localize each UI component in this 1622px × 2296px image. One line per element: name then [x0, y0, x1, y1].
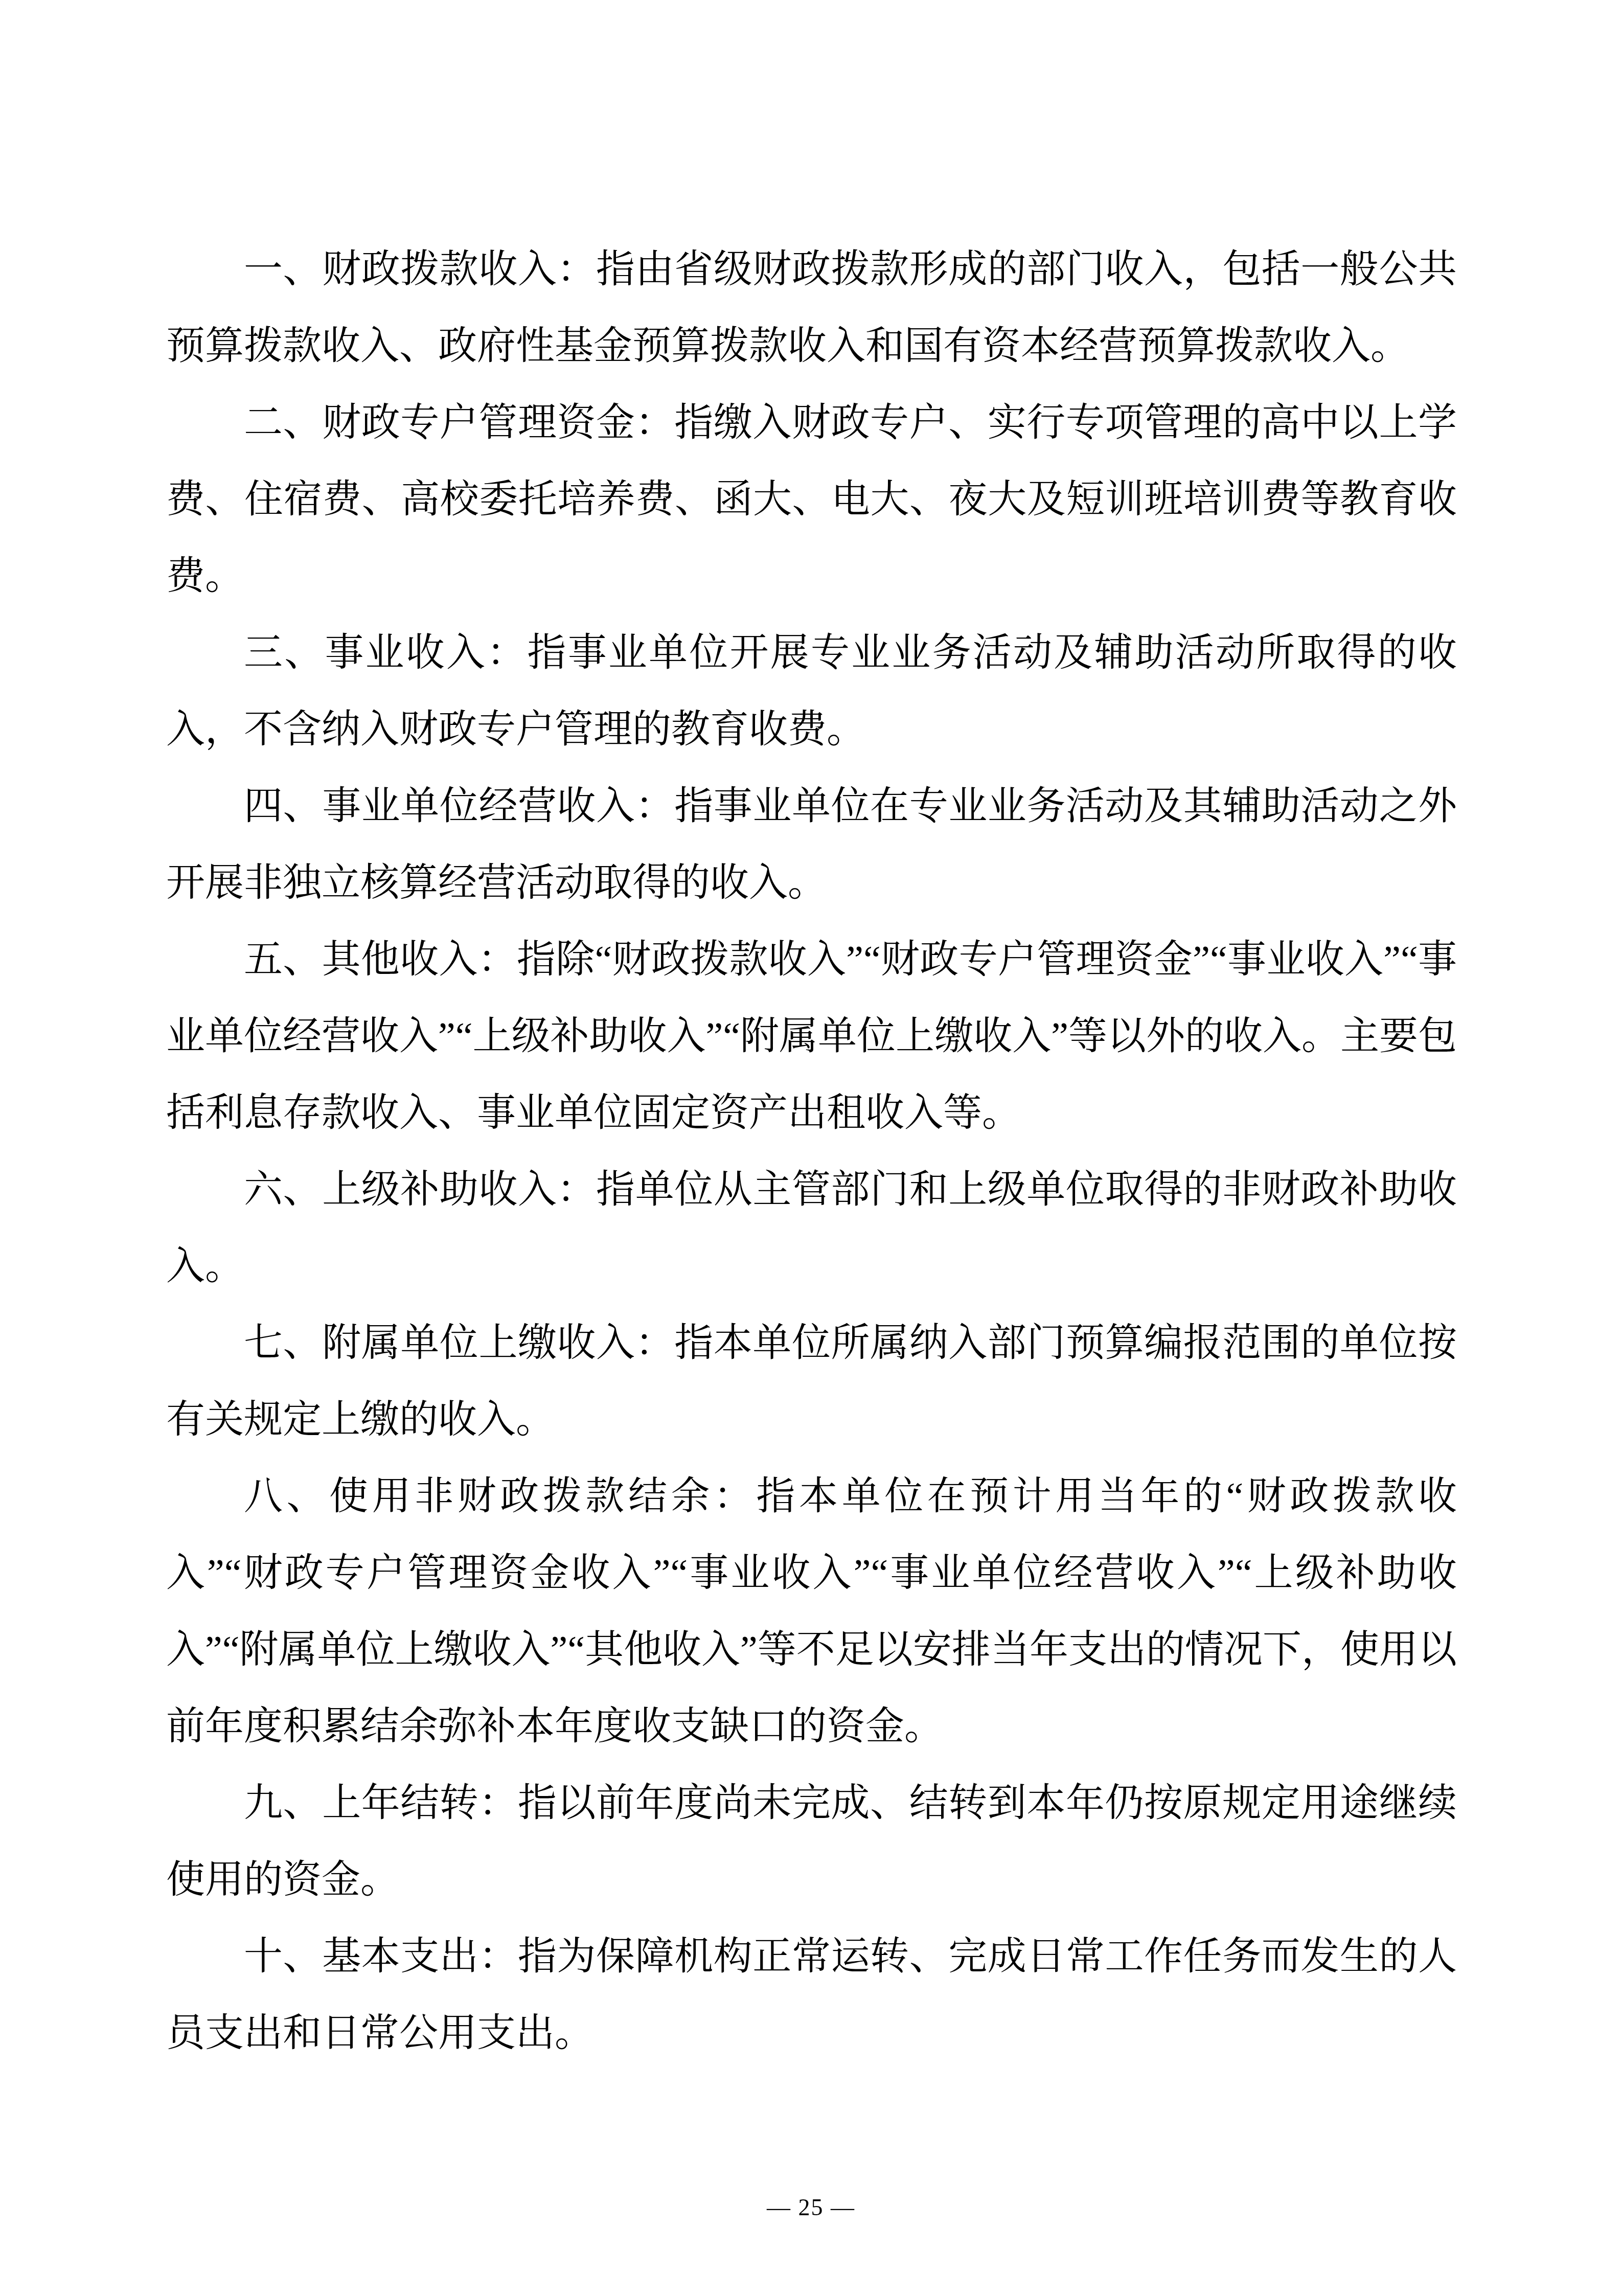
paragraph-8: 八、使用非财政拨款结余：指本单位在预计用当年的“财政拨款收入”“财政专户管理资金… — [166, 1458, 1457, 1765]
paragraph-5: 五、其他收入：指除“财政拨款收入”“财政专户管理资金”“事业收入”“事业单位经营… — [166, 921, 1457, 1151]
paragraph-3: 三、事业收入：指事业单位开展专业业务活动及辅助活动所取得的收入，不含纳入财政专户… — [166, 615, 1457, 768]
paragraph-2: 二、财政专户管理资金：指缴入财政专户、实行专项管理的高中以上学费、住宿费、高校委… — [166, 384, 1457, 615]
paragraph-10: 十、基本支出：指为保障机构正常运转、完成日常工作任务而发生的人员支出和日常公用支… — [166, 1918, 1457, 2072]
document-body: 一、财政拨款收入：指由省级财政拨款形成的部门收入，包括一般公共预算拨款收入、政府… — [166, 231, 1457, 2072]
document-page: 一、财政拨款收入：指由省级财政拨款形成的部门收入，包括一般公共预算拨款收入、政府… — [0, 0, 1622, 2296]
page-number: — 25 — — [0, 2192, 1622, 2223]
paragraph-4: 四、事业单位经营收入：指事业单位在专业业务活动及其辅助活动之外开展非独立核算经营… — [166, 768, 1457, 921]
paragraph-9: 九、上年结转：指以前年度尚未完成、结转到本年仍按原规定用途继续使用的资金。 — [166, 1765, 1457, 1918]
paragraph-7: 七、附属单位上缴收入：指本单位所属纳入部门预算编报范围的单位按有关规定上缴的收入… — [166, 1305, 1457, 1458]
paragraph-1: 一、财政拨款收入：指由省级财政拨款形成的部门收入，包括一般公共预算拨款收入、政府… — [166, 231, 1457, 384]
paragraph-6: 六、上级补助收入：指单位从主管部门和上级单位取得的非财政补助收入。 — [166, 1151, 1457, 1305]
